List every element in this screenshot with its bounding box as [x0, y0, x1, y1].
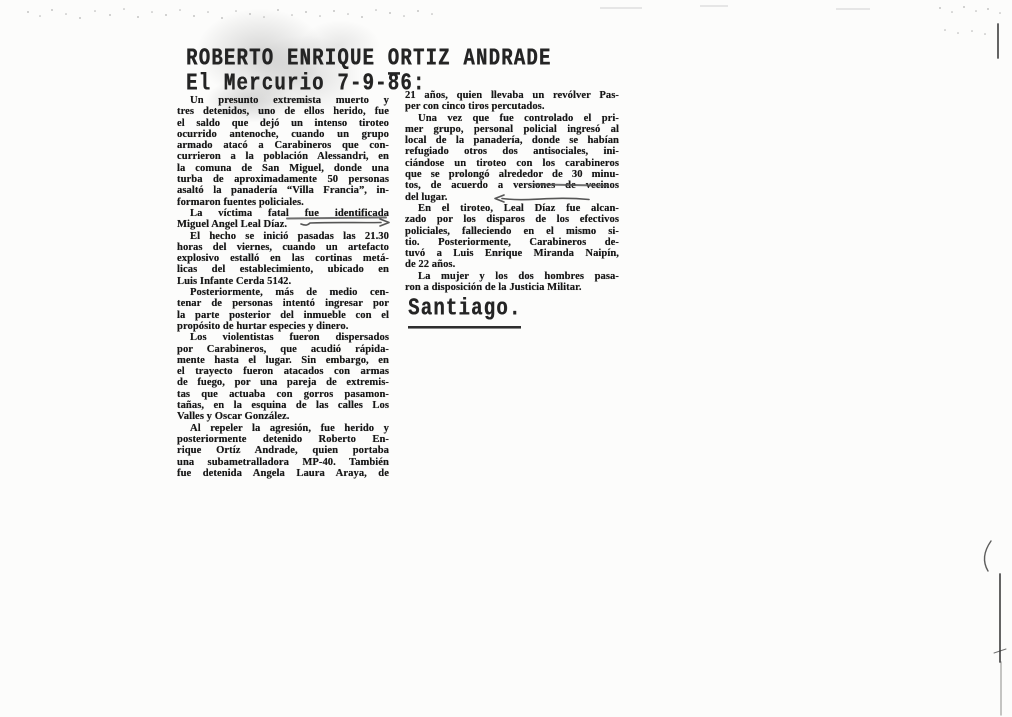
article-line: zado por los disparos de los efectivos	[405, 214, 619, 225]
article-line: mer grupo, personal policial ingresó al	[405, 124, 619, 135]
typed-city-label: Santiago.	[408, 294, 521, 322]
article-line: currieron a la población Alessandri, en	[177, 151, 389, 162]
article-line: la parte posterior del inmueble con el	[177, 310, 389, 321]
article-paragraph: 21 años, quien llevaba un revólver Pas-p…	[405, 90, 619, 113]
article-paragraph: El hecho se inició pasadas las 21.30hora…	[177, 231, 389, 287]
article-line: tres detenidos, uno de ellos herido, fue	[177, 106, 389, 117]
pencil-arrow-under-versiones	[494, 193, 590, 205]
article-paragraph: Los violentistas fueron dispersadospor C…	[177, 332, 389, 422]
article-line: formaron fuentes policiales.	[177, 197, 389, 208]
article-line: Valles y Oscar González.	[177, 411, 389, 422]
article-line: tas que actuaba con gorros pasamon-	[177, 389, 389, 400]
article-column-right: 21 años, quien llevaba un revólver Pas-p…	[405, 90, 619, 293]
article-line: tuvó a Luis Enrique Miranda Naipín,	[405, 248, 619, 259]
article-line: fue detenida Angela Laura Araya, de	[177, 468, 389, 479]
article-line: ciándose un tiroteo con los carabineros	[405, 158, 619, 169]
article-column-left: Un presunto extremista muerto ytres dete…	[177, 95, 389, 479]
article-line: turba de aproximadamente 50 personas	[177, 174, 389, 185]
article-line: Luis Infante Cerda 5142.	[177, 276, 389, 287]
article-line: una subametralladora MP-40. También	[177, 457, 389, 468]
article-line: asaltó la panadería “Villa Francia”, in-	[177, 185, 389, 196]
article-line: policiales, falleciendo en el mismo si-	[405, 226, 619, 237]
article-line: que se prolongó alrededor de 30 minu-	[405, 169, 619, 180]
article-paragraph: En el tiroteo, Leal Díaz fue alcan-zado …	[405, 203, 619, 271]
article-line: el saldo que dejó un intenso tiroteo	[177, 118, 389, 129]
article-line: el trayecto fueron atacados con armas	[177, 366, 389, 377]
article-line: refugiado otros dos antisociales, ini-	[405, 146, 619, 157]
typed-name-part2: RTIZ ANDRADE	[400, 44, 551, 72]
article-line: per con cinco tiros percutados.	[405, 101, 619, 112]
article-line: mente hasta el lugar. Sin embargo, en	[177, 355, 389, 366]
article-line: ocurrido antenoche, cuando un grupo	[177, 129, 389, 140]
article-line: Posteriormente, más de medio cen-	[177, 287, 389, 298]
article-line: de fuego, por una pareja de extremis-	[177, 377, 389, 388]
article-line: Al repeler la agresión, fue herido y	[177, 423, 389, 434]
article-line: rique Ortíz Andrade, quien portaba	[177, 445, 389, 456]
scanned-newspaper-clipping-page: ROBERTO ENRIQUE ORTIZ ANDRADE El Mercuri…	[0, 0, 1012, 717]
article-line: Un presunto extremista muerto y	[177, 95, 389, 106]
article-line: por Carabineros, que acudió rápida-	[177, 344, 389, 355]
article-line: Los violentistas fueron dispersados	[177, 332, 389, 343]
typed-city-text: Santiago.	[408, 294, 521, 329]
article-line: Una vez que fue controlado el pri-	[405, 113, 619, 124]
article-paragraph: Posteriormente, más de medio cen-tenar d…	[177, 287, 389, 332]
article-line: ron a disposición de la Justicia Militar…	[405, 282, 619, 293]
article-line: tio. Posteriormente, Carabineros de-	[405, 237, 619, 248]
article-line: de 22 años.	[405, 259, 619, 270]
article-line: horas del viernes, cuando un artefacto	[177, 242, 389, 253]
article-line: armado atacó a Carabineros que con-	[177, 140, 389, 151]
article-line: El hecho se inició pasadas las 21.30	[177, 231, 389, 242]
article-paragraph: Una vez que fue controlado el pri-mer gr…	[405, 113, 619, 203]
article-line: local de la panadería, donde se habían	[405, 135, 619, 146]
typed-subject-name: ROBERTO ENRIQUE ORTIZ ANDRADE	[186, 44, 551, 72]
article-paragraph: Un presunto extremista muerto ytres dete…	[177, 95, 389, 208]
article-line: licas del establecimiento, ubicado en	[177, 264, 389, 275]
pencil-arrow-after-leal-diaz	[300, 217, 390, 229]
article-paragraph: Al repeler la agresión, fue herido ypost…	[177, 423, 389, 479]
article-line: la comuna de San Miguel, donde una	[177, 163, 389, 174]
article-line: tenar de personas intentó ingresar por	[177, 298, 389, 309]
article-line: propósito de hurtar especies y dinero.	[177, 321, 389, 332]
article-line: La mujer y los dos hombres pasa-	[405, 271, 619, 282]
article-line: posteriormente detenido Roberto En-	[177, 434, 389, 445]
typed-source-date-line: El Mercurio 7-9-86:	[186, 69, 425, 97]
article-line: explosivo estalló en las cortinas metá-	[177, 253, 389, 264]
article-paragraph: La mujer y los dos hombres pasa-ron a di…	[405, 271, 619, 294]
article-line: tañas, en la esquina de las calles Los	[177, 400, 389, 411]
typed-name-part1: ROBERTO ENRIQUE	[186, 44, 388, 72]
article-line: 21 años, quien llevaba un revólver Pas-	[405, 90, 619, 101]
